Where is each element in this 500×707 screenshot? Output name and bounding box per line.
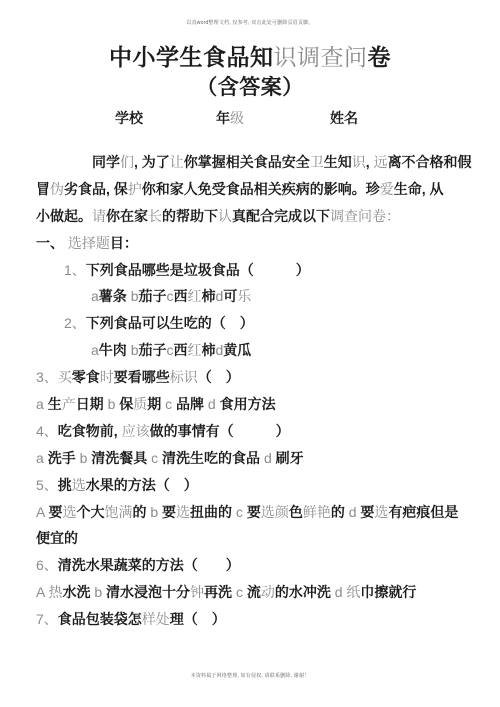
options-5-continued: 便宜的 (36, 525, 470, 552)
document-page: 以真word整理文档, 仅参考, 双击此处可删除页眉页脚。 中小学生食品知识调查… (0, 0, 500, 707)
grade-field-label: 年级 (216, 108, 244, 128)
document-lines: 同学们, 为了让你掌握相关食品安全卫生知识, 远离不合格和假冒伪劣食品, 保护你… (36, 149, 470, 633)
options-3: a 生产日期 b 保质期 c 品牌 d 食用方法 (36, 391, 470, 418)
name-field-label: 姓名 (330, 108, 358, 128)
options-2: a牛肉 b茄子c西红柿d黄瓜 (36, 337, 470, 364)
options-4: a 洗手 b 清洗餐具 c 清洗生吃的食品 d 刷牙 (36, 445, 470, 472)
question-1: 1、下列食品哪些是垃圾食品（ ） (36, 257, 470, 284)
section-heading: 一、 选择题目： (36, 230, 470, 257)
options-1: a薯条 b茄子c西红柿d可乐 (36, 283, 470, 310)
page-title: 中小学生食品知识调查问卷 (0, 42, 500, 73)
intro-line-3: 小做起。请你在家长的帮助下认真配合完成以下调查问卷： (36, 203, 470, 230)
title-block: 中小学生食品知识调查问卷 （含答案） (0, 0, 500, 103)
options-5: A 要选个大饱满的 b 要选扭曲的 c 要选颜色鲜艳的 d 要选有疤痕但是 (36, 499, 470, 526)
question-7: 7、食品包装袋怎样处理（ ） (36, 606, 470, 633)
question-4: 4、吃食物前, 应该做的事情有（ ） (36, 418, 470, 445)
school-field-label: 学校 (115, 108, 143, 128)
options-6: A 热水洗 b 清水浸泡十分钟再洗 c 流动的水冲洗 d 纸巾擦就行 (36, 579, 470, 606)
page-subtitle: （含答案） (0, 73, 500, 103)
question-5: 5、挑选水果的方法（ ） (36, 472, 470, 499)
question-3: 3、买零食时要看哪些标识（ ） (36, 364, 470, 391)
intro-line-1: 同学们, 为了让你掌握相关食品安全卫生知识, 远离不合格和假 (36, 149, 470, 176)
info-fields-row: 学校 年级 姓名 (0, 103, 500, 149)
intro-line-2: 冒伪劣食品, 保护你和家人免受食品相关疾病的影响。珍爱生命, 从 (36, 176, 470, 203)
header-note: 以真word整理文档, 仅参考, 双击此处可删除页眉页脚。 (0, 19, 500, 26)
footer-note: 本资料属于网络整理, 如有侵权, 请联系删除, 谢谢！ (0, 672, 500, 679)
question-6: 6、清洗水果蔬菜的方法（ ） (36, 552, 470, 579)
question-2: 2、下列食品可以生吃的（ ） (36, 310, 470, 337)
